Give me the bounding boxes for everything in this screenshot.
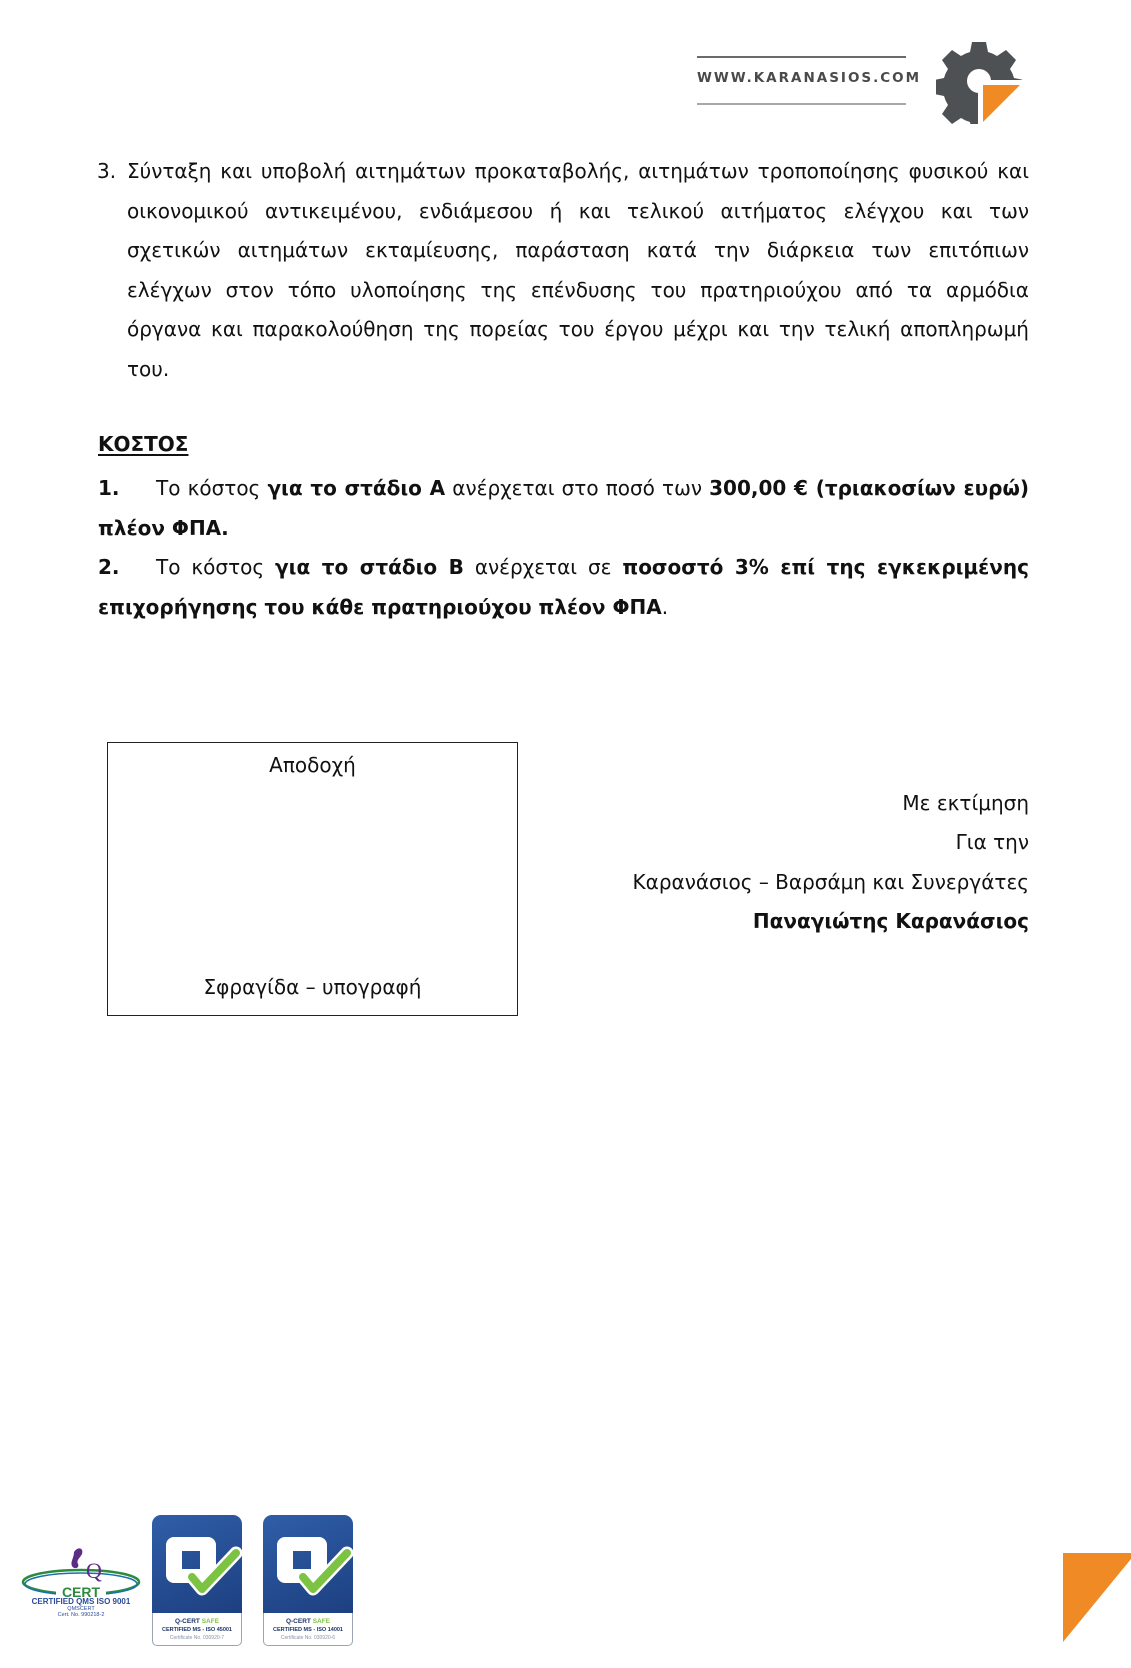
badge-certificate-number: Certificate No. 030920-7 (152, 1635, 242, 1641)
qcert-badge-iso45001: Q-CERT SAFE CERTIFIED MS - ISO 45001 Cer… (152, 1515, 242, 1647)
qms-cert-number: Cert. No. 990218-2 (18, 1612, 144, 1618)
cost-percentage: ποσοστό 3% επί της εγκεκριμένης (622, 555, 1029, 579)
cost-item-number: 1. (98, 469, 156, 509)
item3-line: όργανα και παρακολούθηση της πορείας του… (127, 310, 1029, 350)
for-text: Για την (956, 830, 1029, 854)
cost-text: ανέρχεται σε (464, 555, 622, 579)
badge-brand-accent: SAFE (202, 1618, 219, 1625)
badge-brand: Q-CERT (175, 1618, 202, 1625)
cost-item-2: 2.Το κόστος για το στάδιο Β ανέρχεται σε… (98, 548, 1029, 627)
orange-corner-triangle-icon (1063, 1553, 1131, 1642)
cost-heading: ΚΟΣΤΟΣ (98, 432, 188, 456)
badge-standard: CERTIFIED MS - ISO 45001 (152, 1627, 242, 1633)
cost-amount: 300,00 € (τριακοσίων ευρώ) (709, 476, 1029, 500)
cost-stage: για το στάδιο Β (275, 555, 464, 579)
q-checkmark-icon (263, 1515, 359, 1615)
item3-line: ελέγχων στον τόπο υλοποίησης της επένδυσ… (127, 271, 1029, 311)
header-rule-top (697, 56, 906, 58)
q-checkmark-icon (152, 1515, 248, 1615)
svg-text:Q: Q (86, 1558, 102, 1583)
service-item-3: 3. Σύνταξη και υποβολή αιτημάτων προκατα… (97, 152, 1029, 389)
qms-certified-label: CERTIFIED QMS ISO 9001 (18, 1597, 144, 1606)
item3-line: του. (127, 350, 1029, 390)
company-name: Καρανάσιος – Βαρσάμη και Συνεργάτες (633, 870, 1029, 894)
item3-line: σχετικών αιτημάτων εκταμίευσης, παράστασ… (127, 231, 1029, 271)
website-url: WWW.KARANASIOS.COM (697, 70, 906, 86)
closing-text: Με εκτίμηση (902, 791, 1029, 815)
gear-logo-icon (936, 38, 1022, 124)
badge-certificate-number: Certificate No. 030920-6 (263, 1635, 353, 1641)
stamp-signature-label: Σφραγίδα – υπογραφή (108, 975, 517, 999)
cost-text: . (662, 595, 668, 619)
cost-item-1: 1.Το κόστος για το στάδιο Α ανέρχεται στ… (98, 469, 1029, 548)
cost-vat-note: επιχορήγησης του κάθε πρατηριούχου πλέον… (98, 595, 662, 619)
item-number: 3. (97, 152, 116, 192)
signatory-name: Παναγιώτης Καρανάσιος (753, 909, 1029, 933)
item3-line: οικονομικού αντικειμένου, ενδιάμεσου ή κ… (127, 192, 1029, 232)
badge-standard: CERTIFIED MS - ISO 14001 (263, 1627, 353, 1633)
cost-text: Το κόστος (156, 476, 267, 500)
item3-line: Σύνταξη και υποβολή αιτημάτων προκαταβολ… (127, 152, 1029, 192)
header-rule-bottom (697, 103, 906, 105)
cost-stage: για το στάδιο Α (267, 476, 445, 500)
acceptance-box: Αποδοχή Σφραγίδα – υπογραφή (107, 742, 518, 1016)
cost-text: Το κόστος (156, 555, 275, 579)
badge-brand-accent: SAFE (313, 1618, 330, 1625)
cost-vat-note: πλέον ΦΠΑ. (98, 509, 1029, 549)
qcert-badge-iso14001: Q-CERT SAFE CERTIFIED MS - ISO 14001 Cer… (263, 1515, 353, 1647)
badge-brand: Q-CERT (286, 1618, 313, 1625)
cost-item-number: 2. (98, 548, 156, 588)
cost-text: ανέρχεται στο ποσό των (445, 476, 709, 500)
qms-cert-details: QMSCERT Cert. No. 990218-2 (18, 1606, 144, 1618)
acceptance-title: Αποδοχή (108, 753, 517, 777)
